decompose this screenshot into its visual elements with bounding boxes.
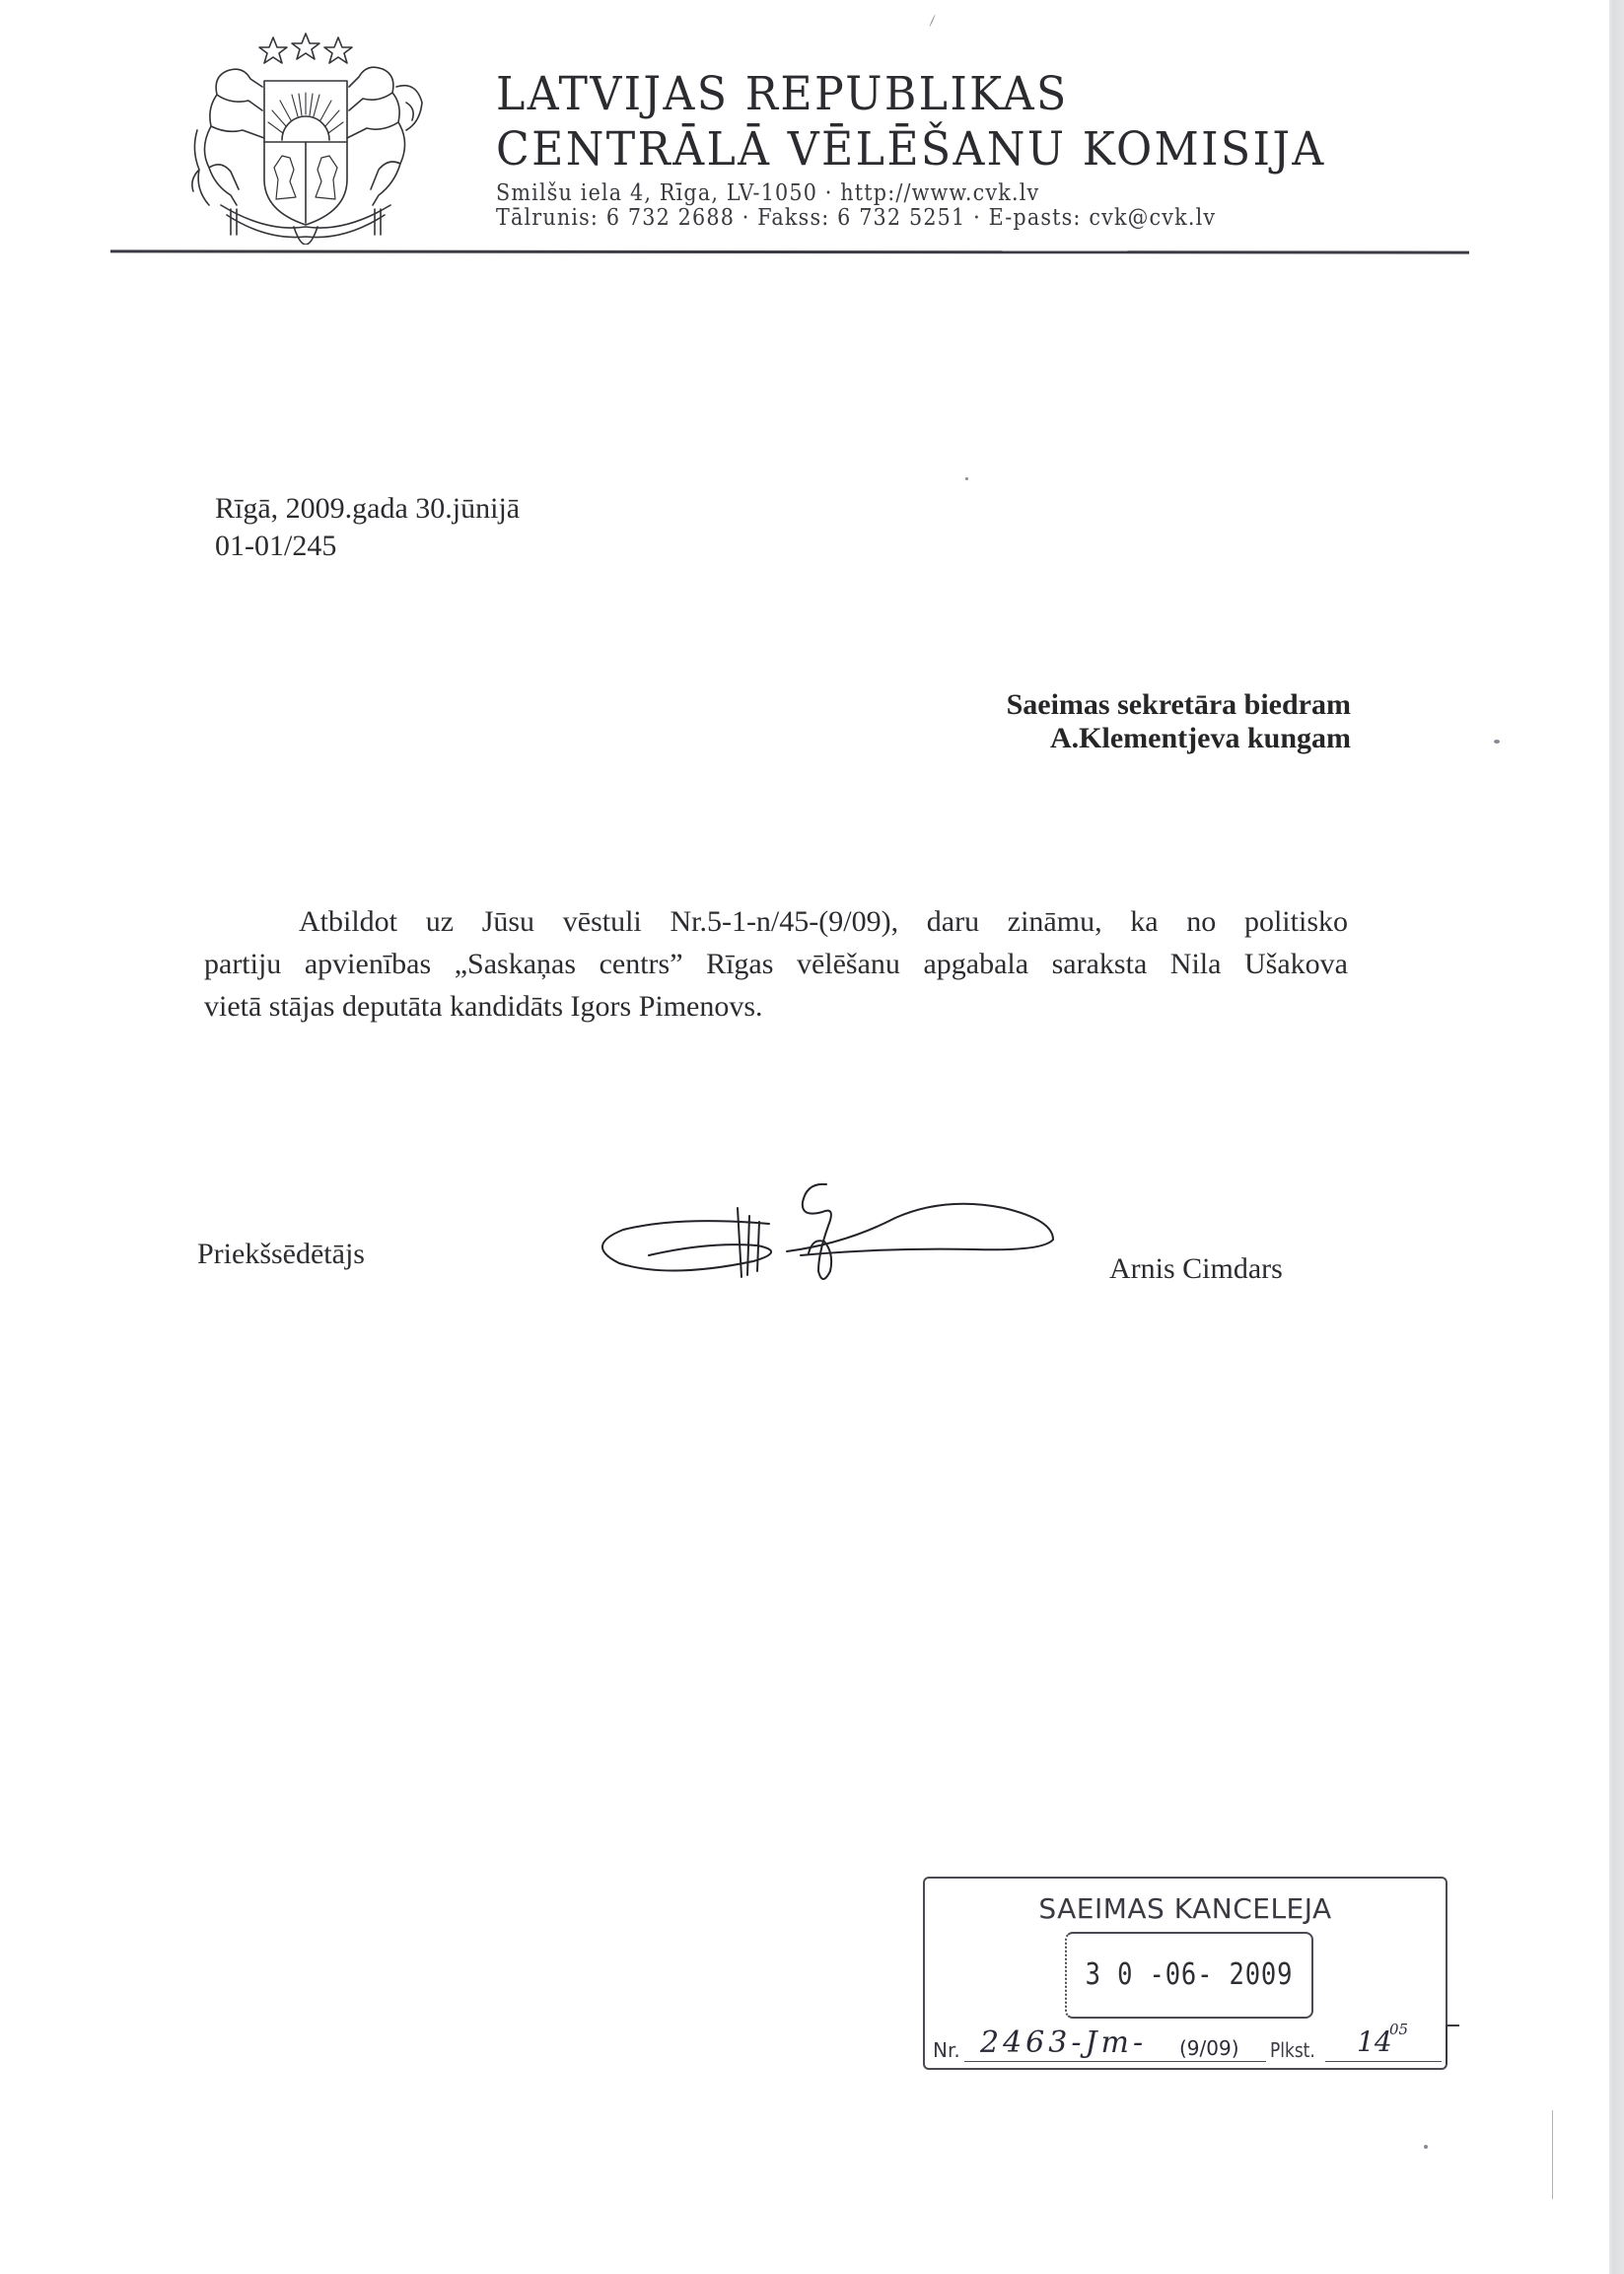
scan-speck <box>929 14 936 27</box>
stamp-time-label: Plkst. <box>1270 2038 1315 2062</box>
addressee-title: Saeimas sekretāra biedram <box>1007 687 1351 723</box>
stamp-number-label: Nr. <box>933 2038 960 2062</box>
scan-speck <box>1424 2145 1428 2149</box>
latvia-coat-of-arms-icon <box>187 32 424 245</box>
stamp-bracket-mark <box>1446 2025 1459 2064</box>
place-and-date: Rīgā, 2009.gada 30.jūnijā <box>215 490 520 528</box>
letter-body: Atbildot uz Jūsu vēstuli Nr.5-1-n/45-(9/… <box>204 900 1348 1028</box>
signatory-name: Arnis Cimdars <box>1109 1250 1283 1288</box>
letterhead-divider <box>110 249 1469 253</box>
letterhead-title-line1: LATVIJAS REPUBLIKAS <box>496 67 1069 122</box>
stamp-date-box: 3 0 -06- 2009 <box>1065 1932 1313 2019</box>
stamp-number-suffix: (9/09) <box>1179 2036 1239 2060</box>
scan-speck <box>1494 740 1500 744</box>
letterhead-title-line2: CENTRĀLĀ VĒLĒŠANU KOMISIJA <box>496 122 1326 178</box>
stamp-number-handwritten: 2463-Jm- <box>980 2025 1147 2060</box>
body-line: Atbildot uz Jūsu vēstuli Nr.5-1-n/45-(9/… <box>204 900 1348 943</box>
scan-speck <box>965 477 968 480</box>
registration-stamp: SAEIMAS KANCELEJA 3 0 -06- 2009 Nr. 2463… <box>923 1877 1447 2070</box>
body-line: vietā stājas deputāta kandidāts Igors Pi… <box>204 985 1348 1028</box>
stamp-time-minutes: 05 <box>1389 2021 1408 2038</box>
addressee-name: A.Klementjeva kungam <box>1050 721 1351 756</box>
stamp-time-hour: 14 <box>1357 2025 1392 2058</box>
letterhead-contact: Tālrunis: 6 732 2688 · Fakss: 6 732 5251… <box>496 205 1216 231</box>
reference-number: 01-01/245 <box>215 528 336 565</box>
stamp-date: 3 0 -06- 2009 <box>1086 1957 1294 1992</box>
stamp-number-underline <box>964 2061 1266 2062</box>
signatory-role: Priekšsēdētājs <box>197 1236 365 1273</box>
stamp-time-underline <box>1325 2061 1442 2062</box>
scan-page-edge <box>1609 0 1624 2274</box>
letterhead-address: Smilšu iela 4, Rīga, LV-1050 · http://ww… <box>496 180 1039 206</box>
body-line: partiju apvienības „Saskaņas centrs” Rīg… <box>204 943 1348 985</box>
stamp-title: SAEIMAS KANCELEJA <box>925 1892 1446 1925</box>
handwritten-signature-icon <box>590 1169 1083 1292</box>
stamp-registration-row: Nr. 2463-Jm- (9/09) Plkst. 14 05 <box>933 2026 1440 2066</box>
scan-speck <box>1552 2110 1553 2199</box>
